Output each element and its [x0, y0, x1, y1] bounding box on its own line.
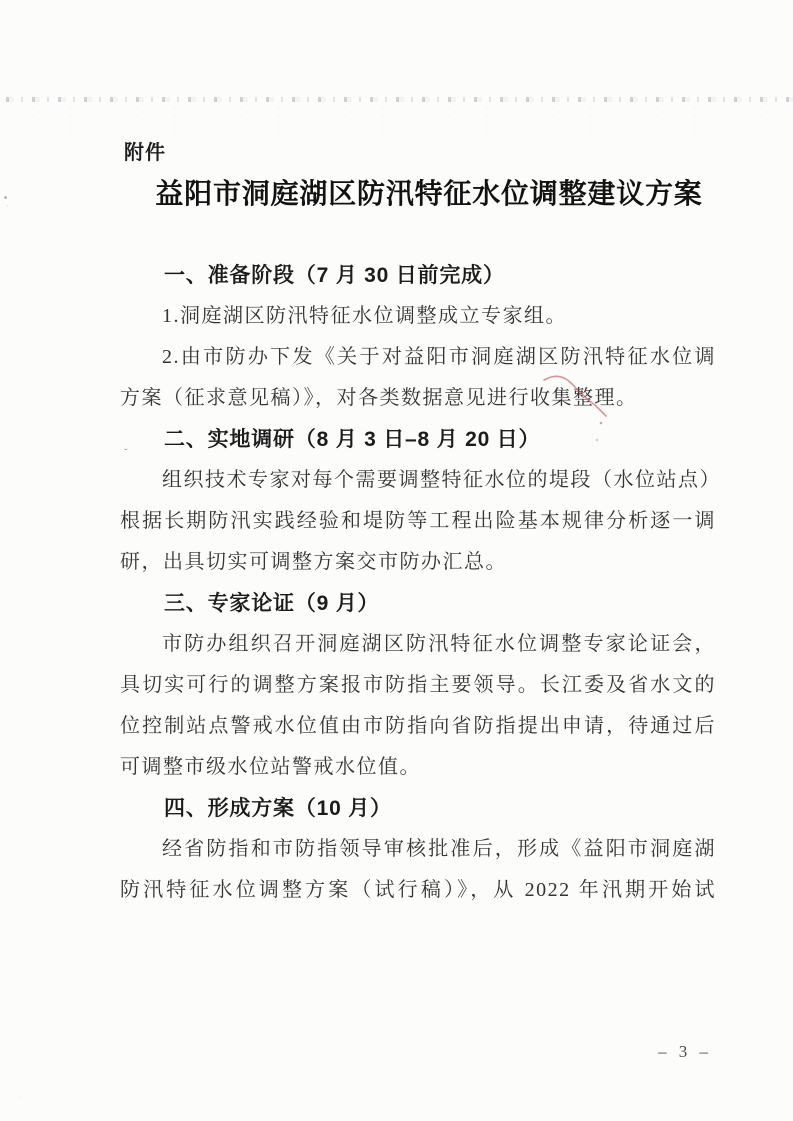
- section-3-heading: 三、专家论证（9 月）: [120, 583, 716, 624]
- body-line: 1.洞庭湖区防汛特征水位调整成立专家组。: [120, 296, 716, 337]
- body-line: 位控制站点警戒水位值由市防指向省防指提出申请，待通过后方: [120, 706, 716, 747]
- document-body: 一、准备阶段（7 月 30 日前完成） 1.洞庭湖区防汛特征水位调整成立专家组。…: [120, 255, 716, 911]
- body-line: 2.由市防办下发《关于对益阳市洞庭湖区防汛特征水位调整: [120, 337, 716, 378]
- body-line: 经省防指和市防指领导审核批准后，形成《益阳市洞庭湖区: [120, 829, 716, 870]
- body-line: 可调整市级水位站警戒水位值。: [120, 747, 716, 788]
- document-title: 益阳市洞庭湖区防汛特征水位调整建议方案: [120, 177, 716, 213]
- scan-noise-band: [6, 97, 793, 102]
- attachment-label: 附件: [124, 141, 716, 165]
- scan-speckle-texture: [0, 103, 793, 135]
- page-number: – 3 –: [658, 1042, 712, 1062]
- section-4-heading: 四、形成方案（10 月）: [120, 788, 716, 829]
- scanned-document-page: 附件 益阳市洞庭湖区防汛特征水位调整建议方案 一、准备阶段（7 月 30 日前完…: [0, 0, 793, 1121]
- body-line: 组织技术专家对每个需要调整特征水位的堤段（水位站点）: [120, 460, 716, 501]
- body-line: 根据长期防汛实践经验和堤防等工程出险基本规律分析逐一调: [120, 501, 716, 542]
- pen-speck-artifact: ˇ: [124, 448, 128, 458]
- scan-edge-specks: [4, 196, 7, 199]
- section-2-heading: 二、实地调研（8 月 3 日–8 月 20 日）: [120, 419, 716, 460]
- body-line: 研，出具切实可调整方案交市防办汇总。: [120, 542, 716, 583]
- body-line: 防汛特征水位调整方案（试行稿）》，从 2022 年汛期开始试行。: [120, 870, 716, 911]
- section-1-heading: 一、准备阶段（7 月 30 日前完成）: [120, 255, 716, 296]
- body-line: 市防办组织召开洞庭湖区防汛特征水位调整专家论证会，出: [120, 624, 716, 665]
- body-line: 具切实可行的调整方案报市防指主要领导。长江委及省水文的水: [120, 665, 716, 706]
- body-line: 方案（征求意见稿）》，对各类数据意见进行收集整理。: [120, 378, 716, 419]
